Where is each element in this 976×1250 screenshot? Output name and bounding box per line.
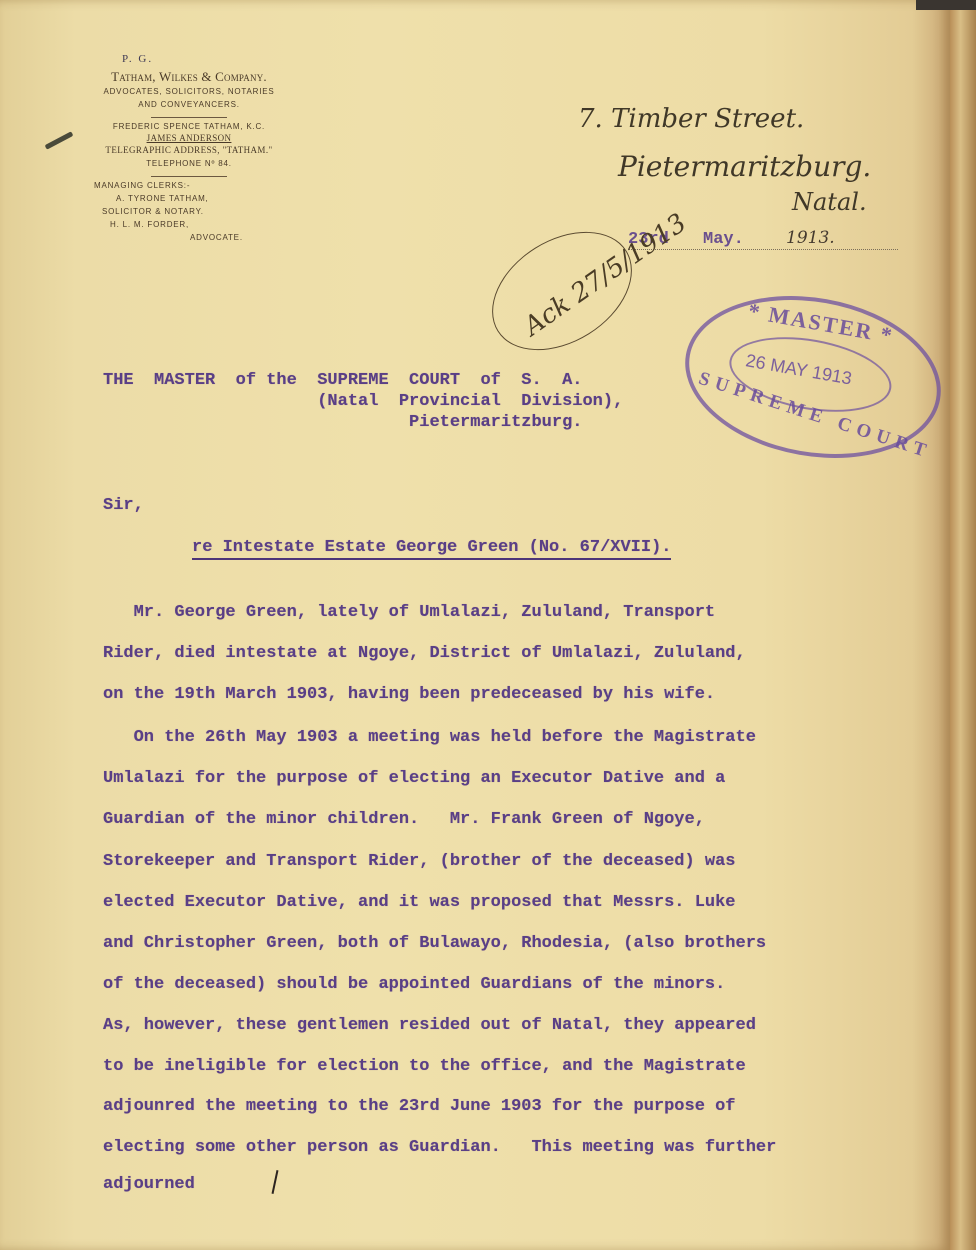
body-line: Rider, died intestate at Ngoye, District…	[103, 644, 746, 663]
addressee-line: Pietermaritzburg.	[103, 412, 623, 433]
telegraphic-address: TELEGRAPHIC ADDRESS, "TATHAM."	[64, 146, 314, 155]
letterhead-divider	[151, 117, 227, 118]
body-line: Umlalazi for the purpose of electing an …	[103, 769, 725, 788]
addressee-line: THE MASTER of the SUPREME COURT of S. A.	[103, 370, 623, 391]
body-line: of the deceased) should be appointed Gua…	[103, 975, 725, 994]
underlying-page-edge	[950, 0, 976, 1250]
letterhead-initials: P. G.	[122, 54, 153, 65]
clerk-1-name: A. TYRONE TATHAM,	[64, 195, 314, 203]
letter-page: P. G. Tatham, Wilkes & Company. ADVOCATE…	[0, 0, 950, 1250]
letterhead-divider	[151, 176, 227, 177]
body-line: on the 19th March 1903, having been pred…	[103, 685, 715, 704]
subject-line: re Intestate Estate George Green (No. 67…	[192, 538, 671, 560]
master-supreme-court-stamp: * MASTER * 26 MAY 1913 SUPREME COURT	[672, 277, 954, 477]
body-line: On the 26th May 1903 a meeting was held …	[103, 728, 756, 747]
body-line: Storekeeper and Transport Rider, (brothe…	[103, 852, 736, 871]
body-line: adjourned	[103, 1175, 195, 1194]
practice-line-1: ADVOCATES, SOLICITORS, NOTARIES	[64, 88, 314, 96]
body-line: As, however, these gentlemen resided out…	[103, 1016, 756, 1035]
partner-2: JAMES ANDERSON	[64, 134, 314, 143]
address-city: Pietermaritzburg.	[618, 150, 871, 183]
date-year: 1913.	[786, 228, 835, 248]
address-province: Natal.	[792, 188, 867, 216]
body-line: elected Executor Dative, and it was prop…	[103, 893, 736, 912]
pencil-slash-mark	[272, 1170, 279, 1194]
body-line: to be ineligible for election to the off…	[103, 1057, 746, 1076]
telephone-number: TELEPHONE Nº 84.	[64, 160, 314, 168]
body-line: and Christopher Green, both of Bulawayo,…	[103, 934, 766, 953]
clerk-2-title: ADVOCATE.	[64, 234, 314, 242]
address-street: 7. Timber Street.	[578, 104, 804, 134]
salutation: Sir,	[103, 496, 144, 515]
background-strip	[916, 0, 976, 10]
clerk-1-title: SOLICITOR & NOTARY.	[64, 208, 314, 216]
body-line: adjounred the meeting to the 23rd June 1…	[103, 1097, 736, 1116]
date-month: May.	[703, 230, 744, 249]
addressee-block: THE MASTER of the SUPREME COURT of S. A.…	[103, 370, 623, 433]
practice-line-2: AND CONVEYANCERS.	[64, 101, 314, 109]
body-line: Mr. George Green, lately of Umlalazi, Zu…	[103, 603, 715, 622]
body-line: Guardian of the minor children. Mr. Fran…	[103, 810, 705, 829]
managing-clerks-label: MANAGING CLERKS:-	[64, 182, 314, 190]
partner-1: FREDERIC SPENCE TATHAM, K.C.	[64, 123, 314, 131]
clerk-2-name: H. L. M. FORDER,	[64, 221, 314, 229]
firm-name: Tatham, Wilkes & Company.	[64, 70, 314, 83]
addressee-line: (Natal Provincial Division),	[103, 391, 623, 412]
letterhead: P. G. Tatham, Wilkes & Company. ADVOCATE…	[64, 58, 314, 242]
body-line: electing some other person as Guardian. …	[103, 1138, 776, 1157]
